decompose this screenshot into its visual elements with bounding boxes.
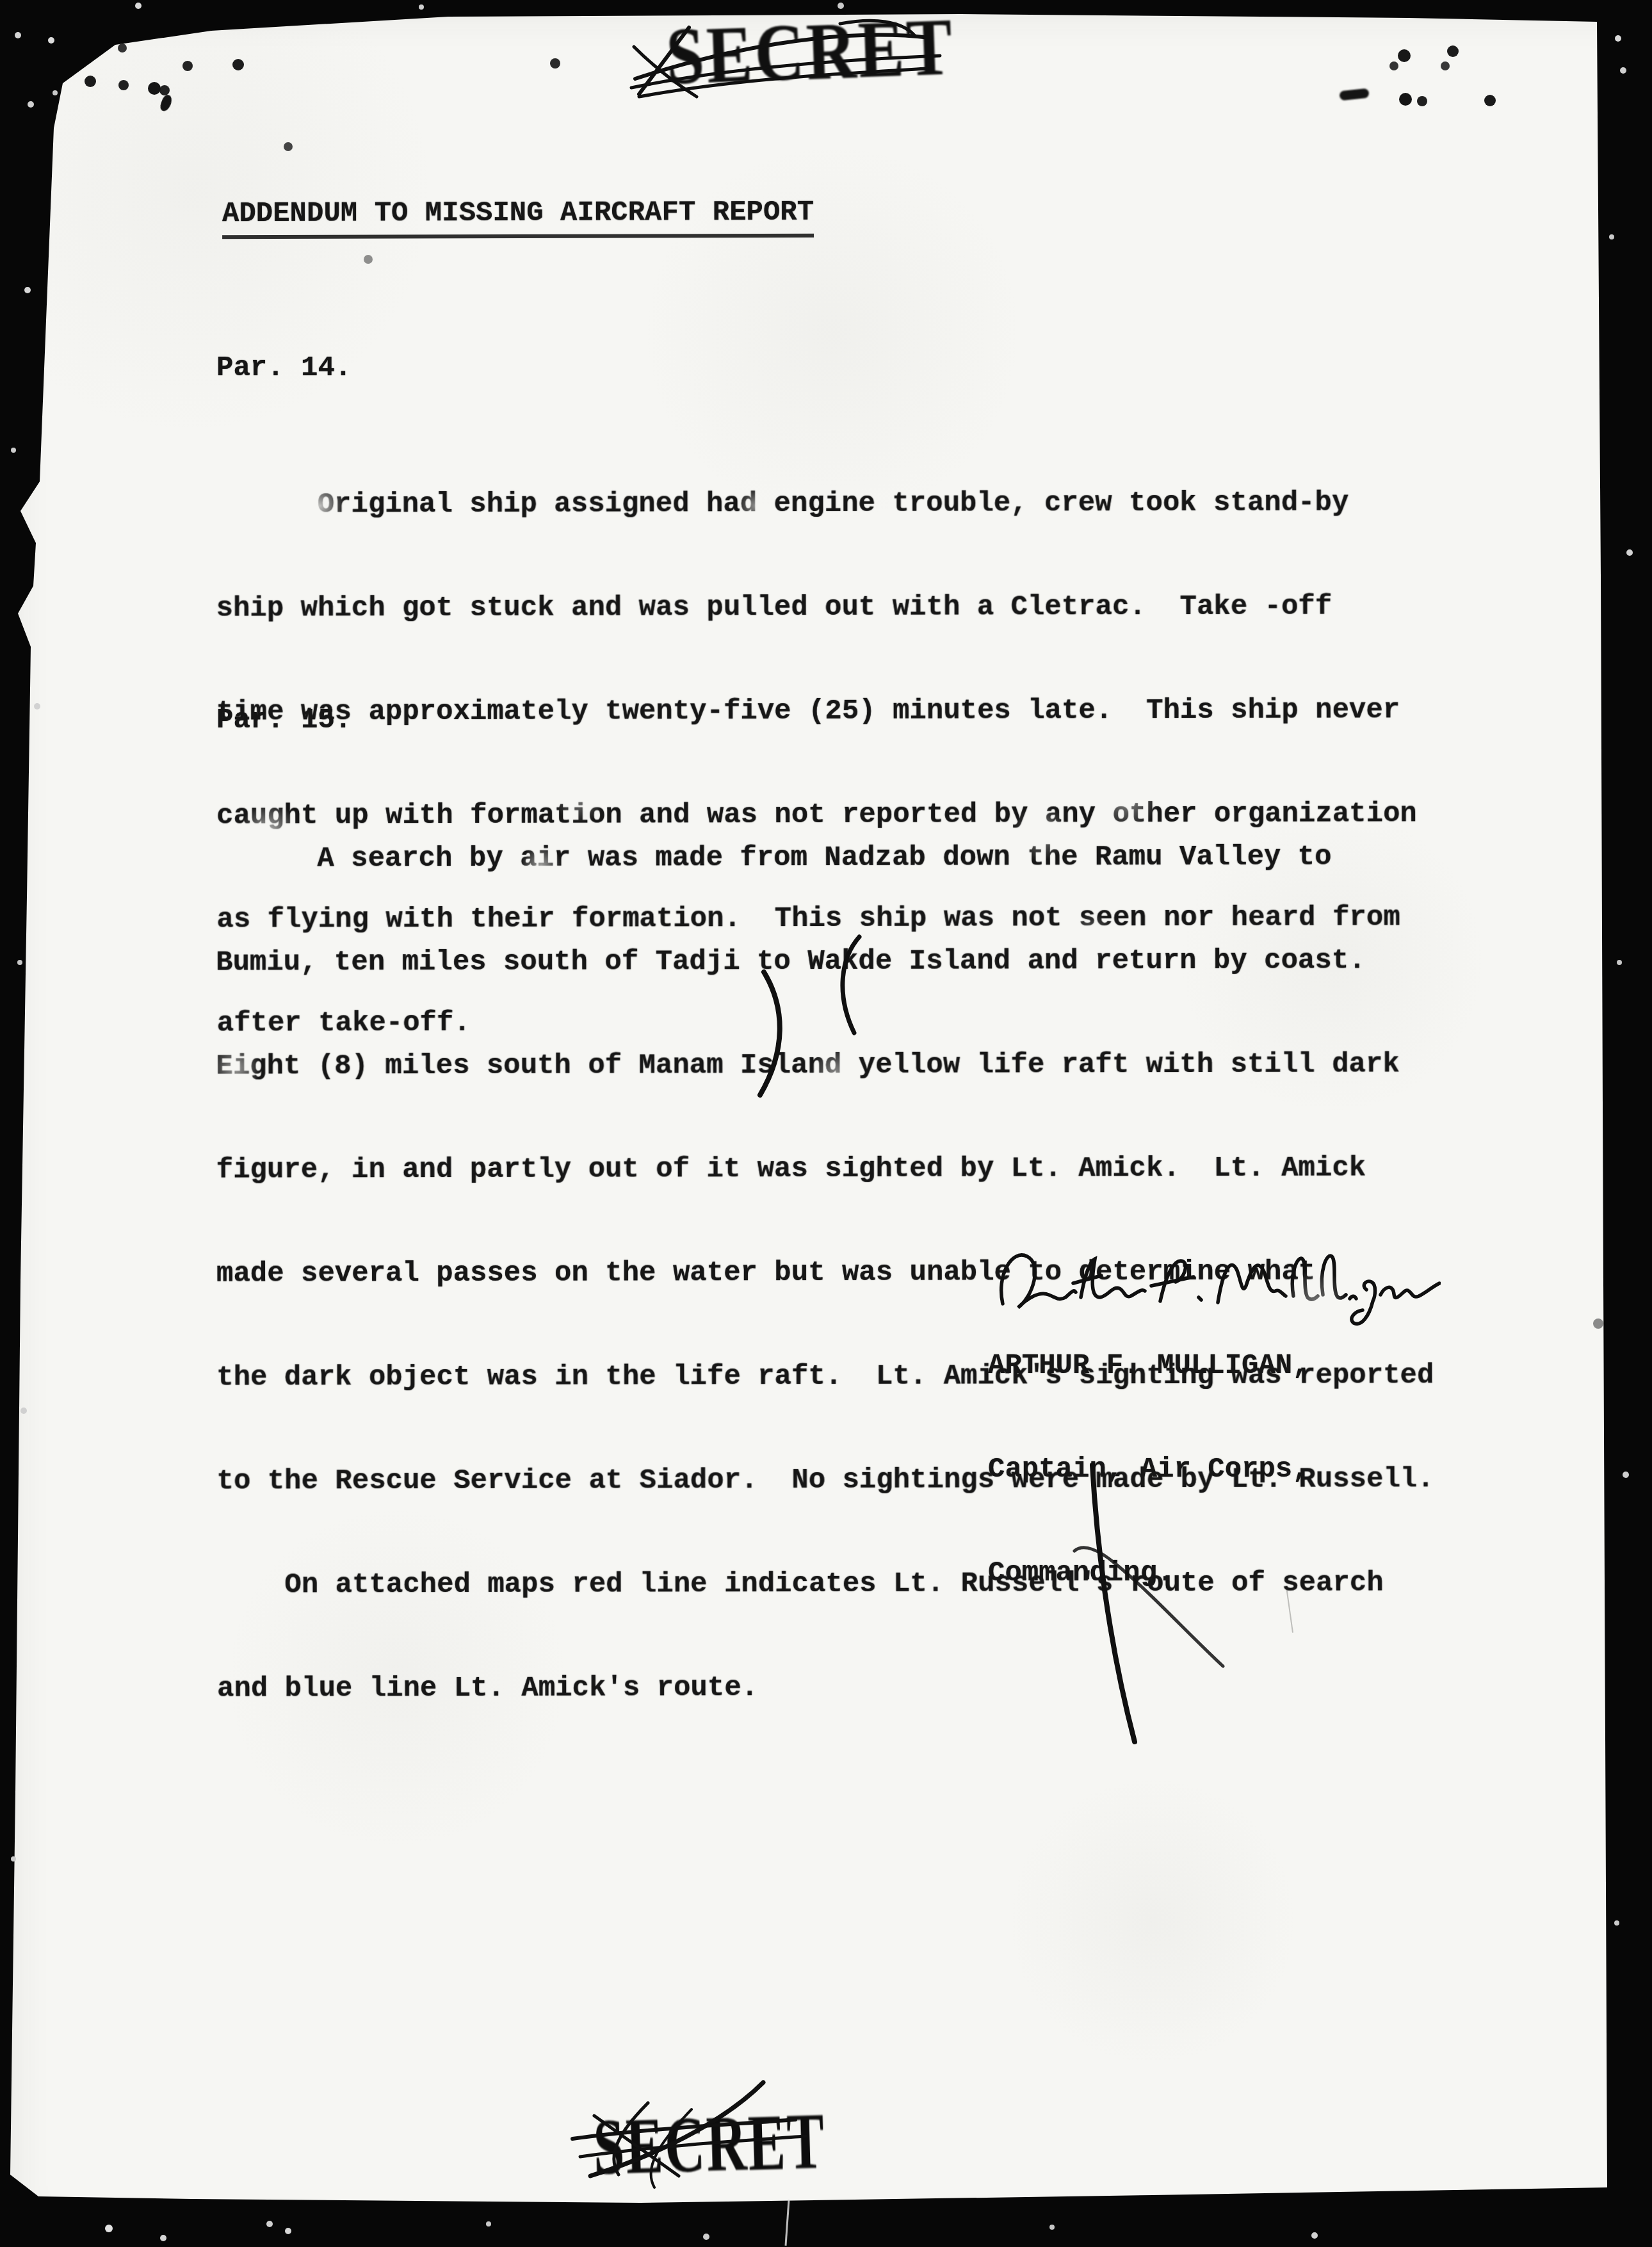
- text-line: Eight (8) miles south of Manam Island ye…: [216, 1047, 1433, 1083]
- text-line: A search by air was made from Nadzab dow…: [216, 840, 1433, 876]
- secret-stamp-top: SECRET: [665, 5, 956, 97]
- secret-stamp-bottom: SECRET: [592, 2102, 827, 2188]
- par14-label: Par. 14.: [216, 351, 352, 385]
- text-line: Bumiu, ten miles south of Tadji to Wakde…: [216, 943, 1433, 980]
- signatory-rank: Captain, Air Corps,: [988, 1452, 1309, 1487]
- text-line: figure, in and partly out of it was sigh…: [216, 1151, 1434, 1187]
- text-line: and blue line Lt. Amick's route.: [217, 1669, 1434, 1706]
- signatory-role: Commanding.: [988, 1556, 1309, 1591]
- scanned-document: SECRET ADDENDUM TO MISSING AIRCRAFT REPO…: [0, 0, 1652, 2247]
- signature-block: ARTHUR F. MULLIGAN, Captain, Air Corps, …: [988, 1279, 1309, 1660]
- signatory-name: ARTHUR F. MULLIGAN,: [988, 1349, 1309, 1383]
- par15-label: Par. 15.: [216, 703, 352, 738]
- text-line: time was approximately twenty-five (25) …: [216, 693, 1417, 729]
- text-line: Original ship assigned had engine troubl…: [216, 485, 1416, 522]
- document-title: ADDENDUM TO MISSING AIRCRAFT REPORT: [222, 195, 814, 239]
- text-line: ship which got stuck and was pulled out …: [216, 589, 1417, 626]
